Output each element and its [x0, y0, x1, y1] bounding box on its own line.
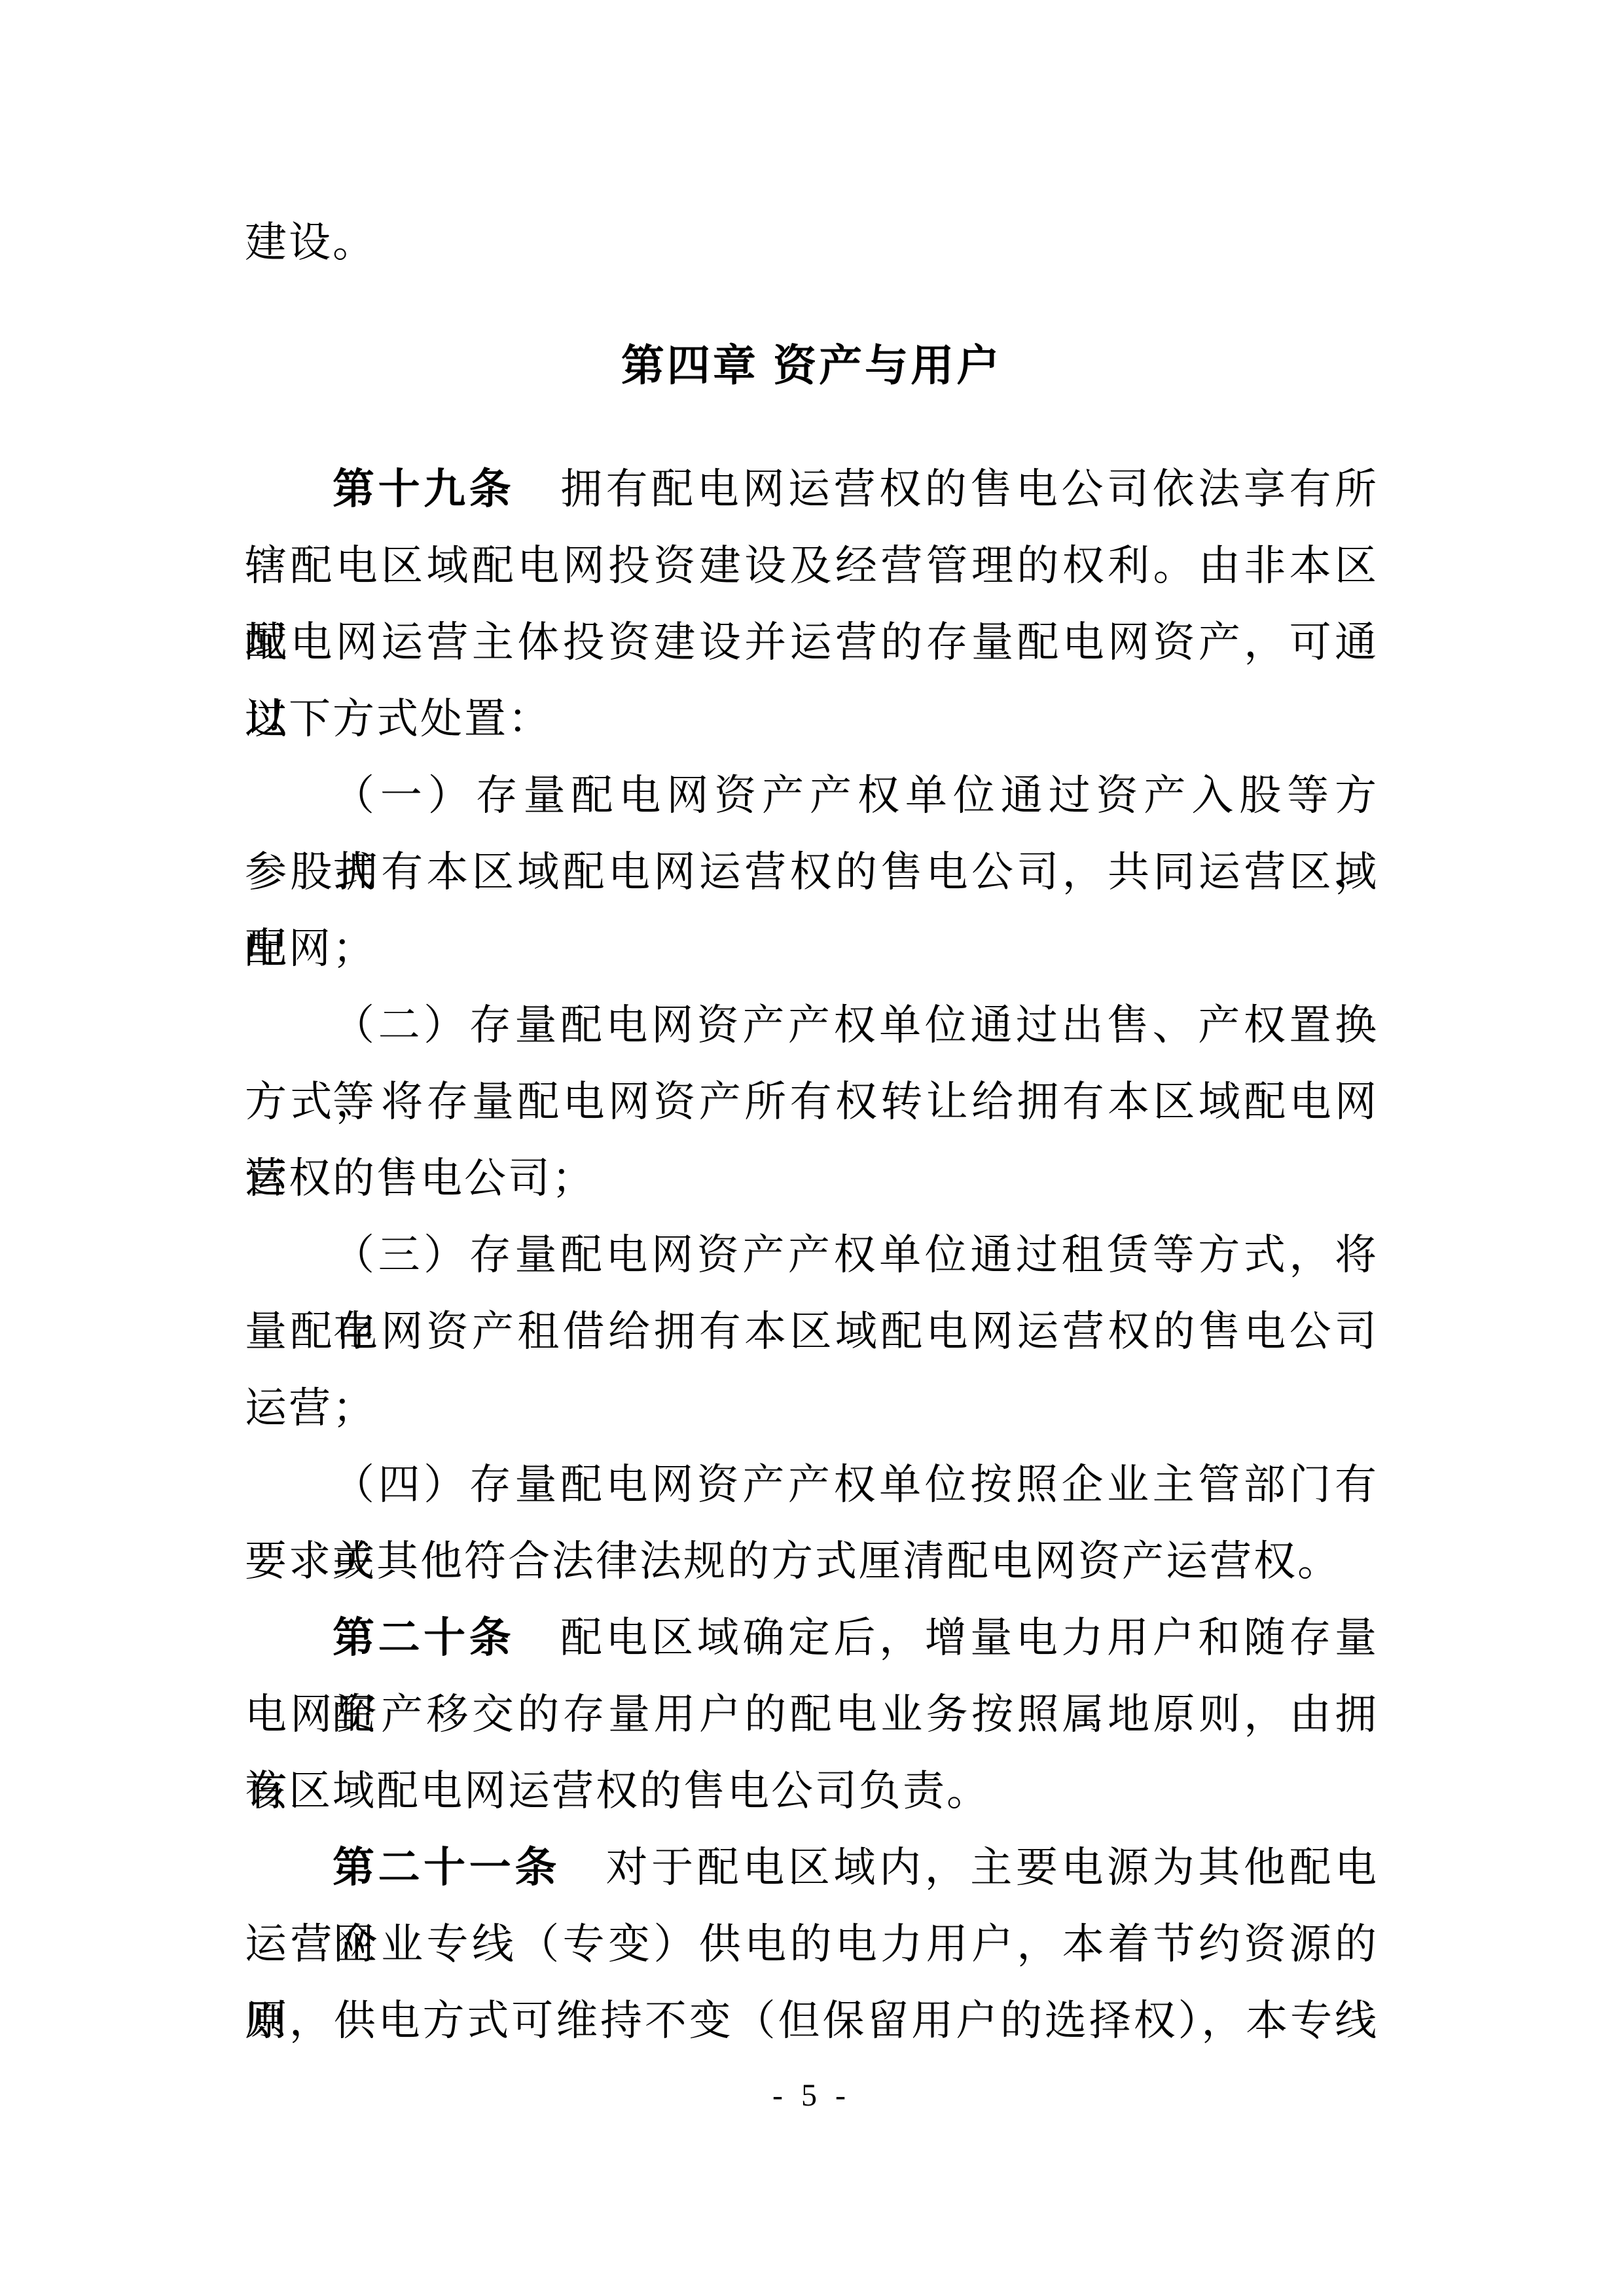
paragraph-line: 营权的售电公司； [245, 1140, 1379, 1217]
line-text: 则，供电方式可维持不变（但保留用户的选择权），本专线 [245, 1998, 1379, 2044]
paragraph-line: 以下方式处置： [245, 681, 1379, 757]
paragraph-line: 第二十一条 对于配电区域内，主要电源为其他配电网 [245, 1829, 1379, 1906]
paragraph-line: 量配电网资产租借给拥有本区域配电网运营权的售电公司 [245, 1293, 1379, 1370]
text-block: 建设。 第四章 资产与用户 第十九条 拥有配电网运营权的售电公司依法享有所 辖配… [245, 204, 1379, 2115]
page-number: - 5 - [245, 2076, 1379, 2115]
line-text: 运营； [245, 1385, 376, 1431]
intro-line: 建设。 [245, 204, 1379, 281]
article-number: 第十九条 [333, 466, 514, 512]
paragraph-line: 方式，将存量配电网资产所有权转让给拥有本区域配电网运 [245, 1064, 1379, 1140]
line-text: 量配电网资产租借给拥有本区域配电网运营权的售电公司 [245, 1308, 1379, 1355]
paragraph-line: 则，供电方式可维持不变（但保留用户的选择权），本专线 [245, 1982, 1379, 2059]
paragraph-line: （二）存量配电网资产产权单位通过出售、产权置换等 [245, 987, 1379, 1064]
paragraph-line: 电网资产移交的存量用户的配电业务按照属地原则，由拥有 [245, 1676, 1379, 1753]
line-text: 营权的售电公司； [245, 1155, 596, 1202]
article-number: 第二十条 [333, 1615, 514, 1661]
paragraph-line: 电网； [245, 910, 1379, 987]
document-page: 建设。 第四章 资产与用户 第十九条 拥有配电网运营权的售电公司依法享有所 辖配… [0, 0, 1624, 2296]
paragraph-line: （三）存量配电网资产产权单位通过租赁等方式，将存 [245, 1217, 1379, 1293]
paragraph-line: 辖配电区域配电网投资建设及经营管理的权利。由非本区域 [245, 528, 1379, 604]
paragraph-line: （四）存量配电网资产产权单位按照企业主管部门有关 [245, 1446, 1379, 1523]
paragraph-line: 运营企业专线（专变）供电的电力用户，本着节约资源的原 [245, 1906, 1379, 1982]
paragraph-line: 该区域配电网运营权的售电公司负责。 [245, 1753, 1379, 1829]
line-text: 以下方式处置： [245, 696, 552, 742]
line-text: 电网； [245, 925, 376, 972]
paragraph-line: （一）存量配电网资产产权单位通过资产入股等方式， [245, 757, 1379, 834]
line-text: 拥有配电网运营权的售电公司依法享有所 [514, 466, 1379, 512]
paragraph-line: 配电网运营主体投资建设并运营的存量配电网资产，可通过 [245, 604, 1379, 681]
paragraph-line: 第二十条 配电区域确定后，增量电力用户和随存量配 [245, 1600, 1379, 1676]
paragraph-line: 参股拥有本区域配电网运营权的售电公司，共同运营区域配 [245, 834, 1379, 910]
line-text: 该区域配电网运营权的售电公司负责。 [245, 1768, 990, 1814]
chapter-heading: 第四章 资产与用户 [245, 327, 1379, 404]
paragraph-line: 第十九条 拥有配电网运营权的售电公司依法享有所 [245, 451, 1379, 528]
paragraph-line: 运营； [245, 1370, 1379, 1446]
article-number: 第二十一条 [333, 1844, 560, 1891]
line-text: 要求或其他符合法律法规的方式厘清配电网资产运营权。 [245, 1538, 1341, 1585]
paragraph-line: 要求或其他符合法律法规的方式厘清配电网资产运营权。 [245, 1523, 1379, 1600]
